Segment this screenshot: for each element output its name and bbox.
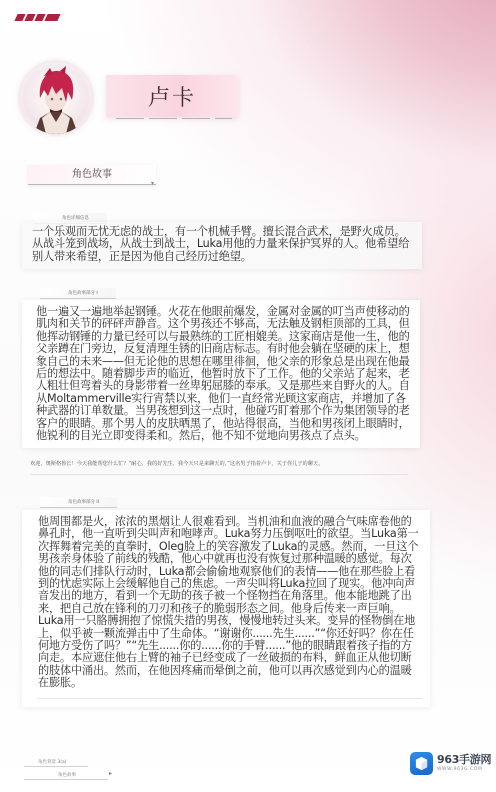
tab-indicator-icon: ▾ bbox=[151, 181, 154, 187]
section-label-part-2: 角色故事部分 II bbox=[40, 497, 117, 508]
footer-item-background[interactable]: 角色背景 3(a) bbox=[24, 758, 88, 767]
decorative-stripes bbox=[16, 14, 59, 21]
name-underline-divider bbox=[116, 118, 232, 119]
tab-character-story[interactable]: 角色故事 ▾ bbox=[28, 165, 156, 185]
stripe bbox=[44, 14, 60, 21]
cube-logo-icon bbox=[410, 752, 433, 775]
character-name-card: 卢卡 bbox=[106, 75, 238, 117]
story-paragraph: 他周围都是火，浓浓的黑烟让人很难看到。当机油和血液的融合气味席卷他的鼻孔时，他一… bbox=[38, 516, 422, 690]
watermark-url: WWW.963G.COM bbox=[437, 766, 491, 773]
chevron-right-icon: ▸ bbox=[109, 770, 112, 777]
story-card-part-1: 他一遍又一遍地举起钢锤。火花在他眼前爆发，金属对金属的叮当声使移动的肌肉和关节的… bbox=[22, 300, 420, 448]
section-label-part-1: 角色故事部分 I bbox=[40, 288, 116, 299]
story-dialogue: 欢迎，奥斯格鲁长！今天我能帮您什么忙？“耐心，我的好先生，我今天只是来聊天的，”… bbox=[30, 461, 408, 475]
watermark-logo: 963手游网 WWW.963G.COM bbox=[410, 752, 491, 775]
watermark-title: 963手游网 bbox=[437, 754, 491, 766]
character-portrait-icon bbox=[20, 62, 92, 134]
character-name: 卢卡 bbox=[148, 81, 196, 112]
story-card-details: 一个乐观而无忧无虑的战士，有一个机械手臂。擅长混合武术，是野火成员。从战斗笼到战… bbox=[22, 222, 422, 269]
card-divider bbox=[38, 698, 422, 699]
story-card-part-2: 他周围都是火，浓浓的黑烟让人很难看到。当机油和血液的融合气味席卷他的鼻孔时，他一… bbox=[22, 510, 430, 707]
tab-label: 角色故事 bbox=[72, 169, 112, 180]
story-paragraph: 一个乐观而无忧无虑的战士，有一个机械手臂。擅长混合武术，是野火成员。从战斗笼到战… bbox=[32, 226, 414, 263]
story-paragraph: 他一遍又一遍地举起钢锤。火花在他眼前爆发，金属对金属的叮当声使移动的肌肉和关节的… bbox=[36, 306, 412, 442]
footer-item-label: 角色故事 bbox=[58, 773, 76, 778]
character-avatar[interactable] bbox=[20, 62, 92, 134]
footer-item-story[interactable]: 角色故事 ▸ bbox=[24, 771, 108, 780]
footer-item-label: 角色背景 3(a) bbox=[38, 760, 67, 765]
